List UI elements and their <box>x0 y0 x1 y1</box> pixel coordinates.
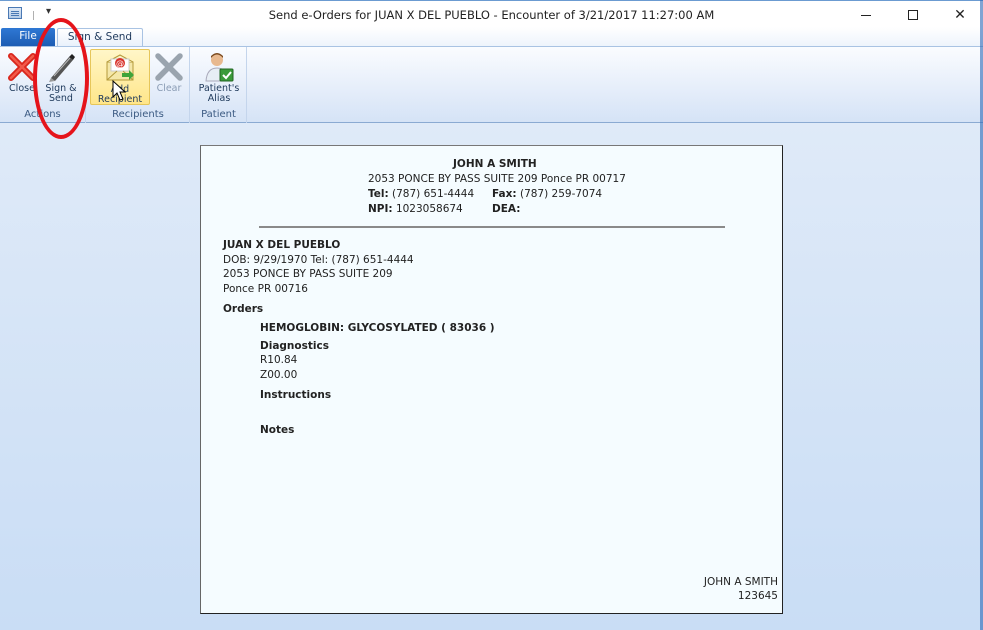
gray-x-icon <box>153 51 185 83</box>
document-preview-area: JOHN A SMITH 2053 PONCE BY PASS SUITE 20… <box>0 123 983 630</box>
group-label-patient: Patient <box>191 109 246 120</box>
diagnosis-code: R10.84 <box>260 354 297 366</box>
close-icon: ✕ <box>954 7 966 23</box>
maximize-button[interactable] <box>890 1 936 29</box>
diagnostics-heading: Diagnostics <box>260 340 329 352</box>
provider-npi: NPI: 1023058674 <box>368 203 463 215</box>
patient-name: JUAN X DEL PUEBLO <box>223 239 340 251</box>
patients-alias-label: Patient's Alias <box>195 84 243 103</box>
fax-value: (787) 259-7074 <box>520 188 602 200</box>
patients-alias-label-line2: Alias <box>195 94 243 104</box>
tel-value: (787) 651-4444 <box>392 188 474 200</box>
group-patient: Patient's Alias Patient <box>191 47 247 123</box>
signature-id: 123645 <box>738 590 778 602</box>
clear-button[interactable]: Clear <box>150 49 188 105</box>
minimize-button[interactable] <box>843 1 889 29</box>
group-label-recipients: Recipients <box>87 109 189 120</box>
group-recipients: @ Add Recipient Clear Recipients <box>87 47 190 123</box>
order-document: JOHN A SMITH 2053 PONCE BY PASS SUITE 20… <box>200 145 783 614</box>
patients-alias-button[interactable]: Patient's Alias <box>195 49 243 105</box>
pen-icon <box>45 51 77 83</box>
patient-address-line1: 2053 PONCE BY PASS SUITE 209 <box>223 268 393 280</box>
group-actions: Close Sign & Send Actions <box>0 47 86 123</box>
provider-dea: DEA: <box>492 203 520 215</box>
instructions-heading: Instructions <box>260 389 331 401</box>
provider-name: JOHN A SMITH <box>453 158 537 170</box>
dea-label: DEA: <box>492 203 520 215</box>
npi-label: NPI: <box>368 203 393 215</box>
signature-name: JOHN A SMITH <box>704 576 778 588</box>
header-divider <box>259 226 725 228</box>
clear-label: Clear <box>150 84 188 94</box>
order-test-name: HEMOGLOBIN: GLYCOSYLATED ( 83036 ) <box>260 322 495 334</box>
ribbon: Close Sign & Send Actions @ <box>0 46 983 123</box>
fax-label: Fax: <box>492 188 517 200</box>
notes-heading: Notes <box>260 424 294 436</box>
tab-sign-and-send[interactable]: Sign & Send <box>57 28 143 47</box>
patient-dob-tel: DOB: 9/29/1970 Tel: (787) 651-4444 <box>223 254 414 266</box>
provider-fax: Fax: (787) 259-7074 <box>492 188 602 200</box>
orders-heading: Orders <box>223 303 263 315</box>
red-x-icon <box>6 51 38 83</box>
tab-file[interactable]: File <box>1 28 55 46</box>
ribbon-tabs: File Sign & Send <box>0 27 983 46</box>
npi-value: 1023058674 <box>396 203 463 215</box>
mouse-cursor-icon <box>112 80 128 102</box>
close-window-button[interactable]: ✕ <box>937 1 983 29</box>
svg-text:@: @ <box>116 59 124 68</box>
minimize-icon <box>861 15 871 16</box>
close-label: Close <box>3 84 41 94</box>
user-check-icon <box>203 51 235 83</box>
sign-and-send-label-line2: Send <box>41 94 81 104</box>
provider-address: 2053 PONCE BY PASS SUITE 209 Ponce PR 00… <box>368 173 626 185</box>
patient-address-line2: Ponce PR 00716 <box>223 283 308 295</box>
sign-and-send-button[interactable]: Sign & Send <box>41 49 81 105</box>
sign-and-send-label: Sign & Send <box>41 84 81 103</box>
tel-label: Tel: <box>368 188 389 200</box>
provider-tel: Tel: (787) 651-4444 <box>368 188 474 200</box>
title-bar: ▾ Send e-Orders for JUAN X DEL PUEBLO - … <box>0 0 983 28</box>
close-button[interactable]: Close <box>3 49 41 105</box>
group-label-actions: Actions <box>0 109 85 120</box>
window-title: Send e-Orders for JUAN X DEL PUEBLO - En… <box>0 8 983 22</box>
maximize-icon <box>908 10 918 20</box>
diagnosis-code: Z00.00 <box>260 369 297 381</box>
